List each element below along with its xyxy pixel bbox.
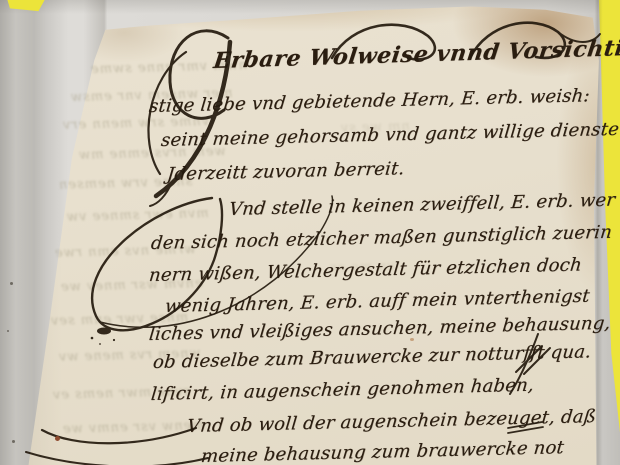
dust-speck: [7, 330, 9, 332]
manuscript-photo: nwm vmr enne swme mer wnsem vnr emsw vnm…: [0, 0, 620, 465]
dust-speck: [10, 282, 13, 285]
red-stain-speck: [55, 436, 60, 441]
paper-stain-speck: [410, 338, 414, 341]
dust-speck: [12, 440, 15, 443]
